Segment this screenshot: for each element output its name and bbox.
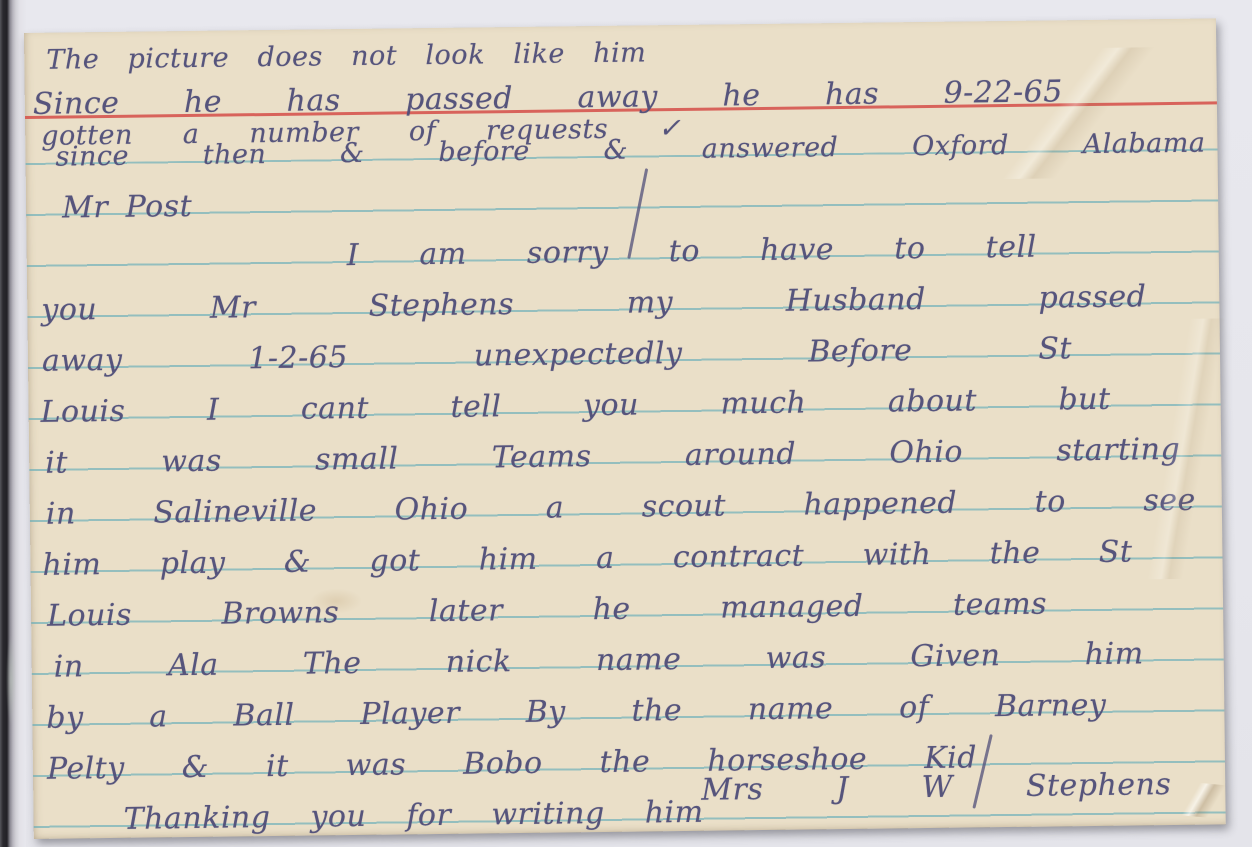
handwritten-line-14: in Ala The nick name was Given him: [54, 637, 1144, 683]
folded-corner: [1170, 780, 1225, 819]
signature: Mrs J W Stephens: [701, 768, 1171, 807]
handwritten-line-12: him play & got him a contract with the S…: [42, 535, 1132, 581]
scanner-edge: [0, 0, 26, 847]
handwritten-line-8: away 1-2-65 unexpectedly Before St: [42, 332, 1072, 378]
scanner-edge-glare: [4, 620, 18, 740]
index-card: The picture does not look like him Since…: [24, 18, 1226, 839]
handwritten-line-15: by a Ball Player By the name of Barney: [46, 689, 1106, 735]
handwritten-line-7: you Mr Stephens my Husband passed: [41, 280, 1146, 326]
handwritten-line-17: Thanking you for writing him: [123, 796, 703, 836]
scanned-letter-page: { "colors": { "page_background": "#e7e7e…: [0, 0, 1252, 847]
handwritten-line-13: Louis Browns later he managed teams: [47, 588, 1047, 633]
handwritten-line-6: I am sorry to have to tell: [347, 231, 1037, 272]
handwritten-line-9: Louis I cant tell you much about but: [40, 383, 1110, 429]
handwritten-line-10: it was small Teams around Ohio starting: [45, 433, 1180, 480]
handwritten-line-11: in Salineville Ohio a scout happened to …: [46, 484, 1196, 531]
handwritten-line-5: Mr Post: [62, 190, 192, 225]
handwritten-line-1: The picture does not look like him: [46, 38, 646, 75]
